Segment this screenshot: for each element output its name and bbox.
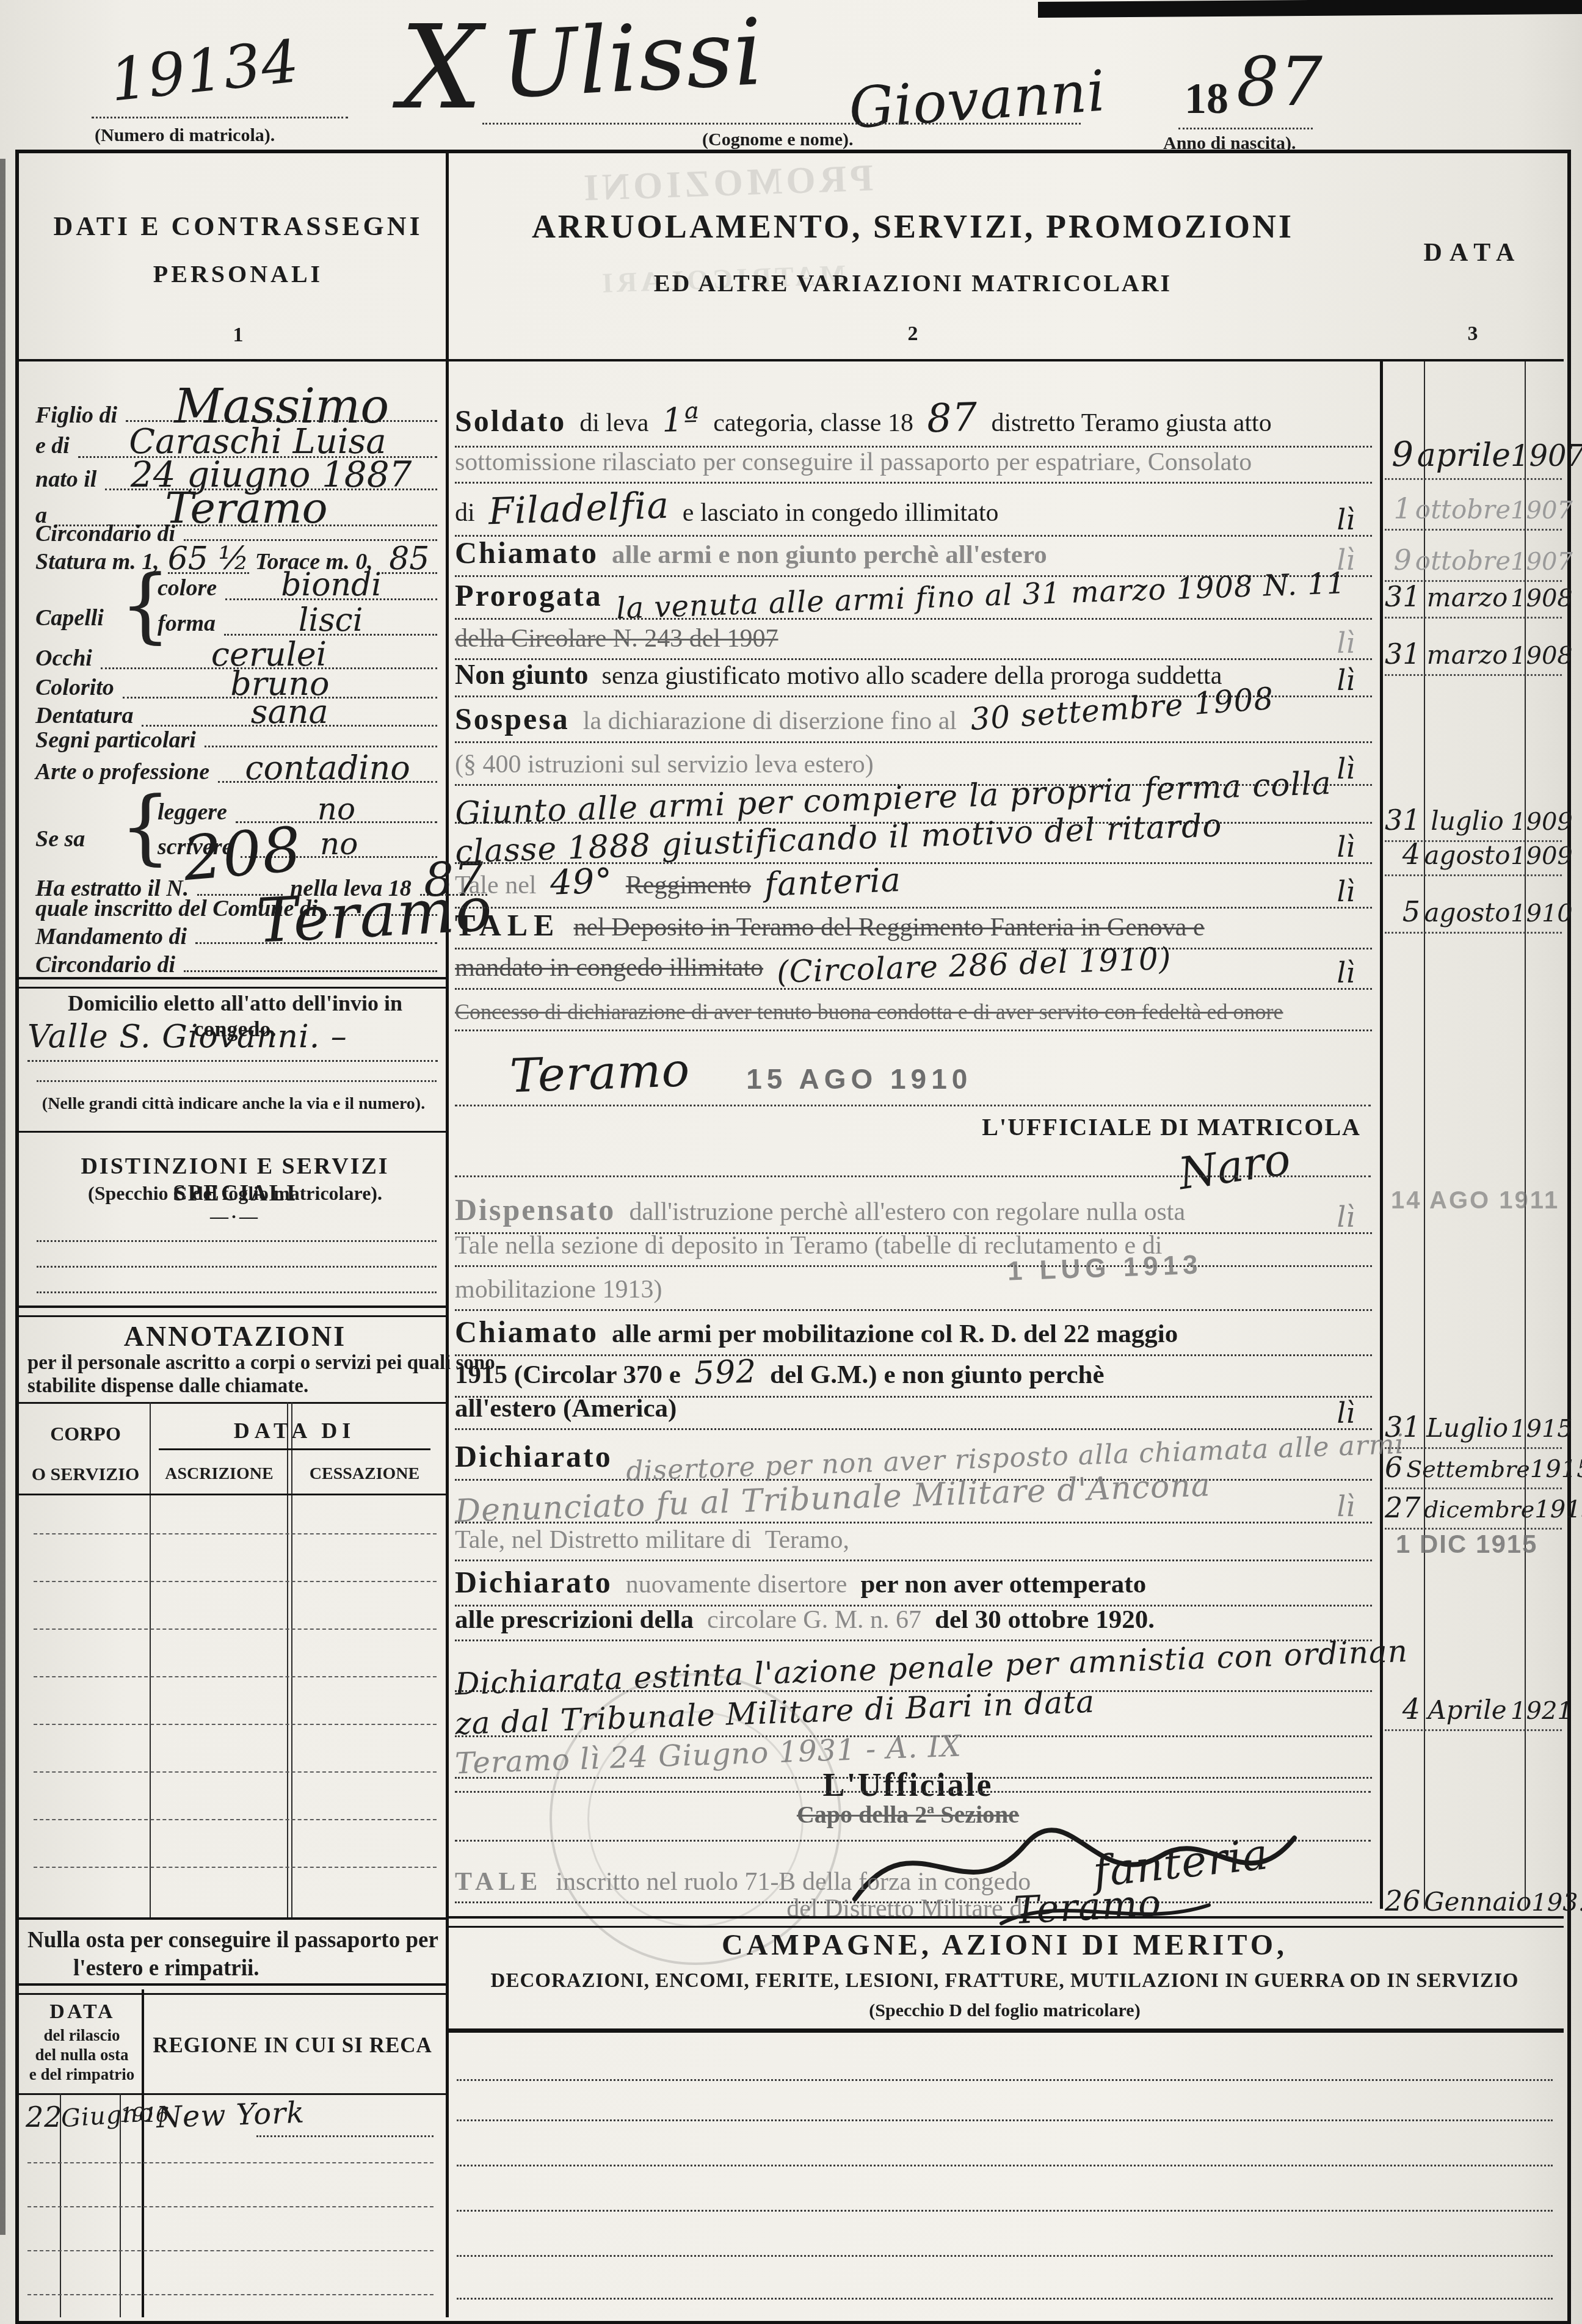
date-entry: 4 agosto 1909: [1385, 838, 1562, 876]
nullaosta-data-sub2: del nulla osta: [22, 2046, 142, 2064]
printed-text: mobilitazione 1913): [455, 1276, 662, 1304]
field-label: Figlio di: [35, 402, 126, 429]
printed-text: di leva: [579, 409, 648, 437]
field-dentatura: Dentatura sana: [35, 699, 437, 729]
date-column-number: 3: [1381, 322, 1564, 346]
date-month: Luglio: [1424, 1413, 1511, 1443]
handwritten-li: lì: [1337, 1490, 1355, 1523]
field-label: Occhi: [35, 645, 101, 672]
nullaosta-row-region: New York: [156, 2096, 305, 2135]
campagne-title: CAMPAGNE, AZIONI DI MERITO,: [446, 1928, 1564, 1962]
scan-edge-top: [1038, 0, 1582, 18]
date-day: 5: [1385, 895, 1424, 928]
center-column-title2: ED ALTRE VARIAZIONI MATRICOLARI: [455, 269, 1371, 297]
date-day: 6: [1385, 1451, 1406, 1484]
printed-text: Non giunto: [455, 659, 589, 690]
date-entry: 5 agosto 1910: [1385, 895, 1562, 934]
printed-text: Chiamato: [455, 1315, 598, 1349]
nullaosta-title1: Nulla osta per conseguire il passaporto …: [27, 1927, 443, 1953]
printed-text: Dichiarato: [455, 1439, 612, 1473]
nullaosta-data-header: DATA: [24, 2000, 140, 2024]
date-year: 1908: [1511, 584, 1562, 612]
entry-chiamato-1915-line2: 1915 (Circolar 370 e 592 del G.M.) e non…: [455, 1354, 1372, 1398]
date-entry: 31 marzo 1908: [1385, 580, 1562, 619]
printed-text: 1915 (Circolar 370 e: [455, 1360, 681, 1389]
rule: [19, 1494, 446, 1495]
table-header-ascrizione: ASCRIZIONE: [153, 1464, 286, 1484]
handwritten-li: lì: [1337, 1200, 1355, 1233]
annotazioni-text1: per il personale ascritto a corpi o serv…: [27, 1352, 443, 1374]
date-year: 1915: [1530, 1455, 1581, 1483]
date-month: Aprile: [1424, 1695, 1511, 1725]
annotazioni-title: ANNOTAZIONI: [31, 1320, 440, 1353]
domicilio-note: (Nelle grandi città indicare anche la vi…: [27, 1094, 440, 1114]
birth-year-hand: 87: [1236, 43, 1323, 121]
printed-text: L'UFFICIALE DI MATRICOLA: [982, 1113, 1361, 1141]
handwritten-text: Filadelfia: [488, 484, 670, 533]
handwritten-li: lì: [1337, 503, 1355, 536]
field-capelli-forma: forma lisci: [158, 608, 437, 637]
printed-text: (§ 400 istruzioni sul servizio leva este…: [455, 750, 874, 779]
scanned-military-record: PROMOZIONI MATRICOLARI 19134 (Numero di …: [0, 0, 1582, 2324]
left-column-title2: PERSONALI: [37, 260, 440, 288]
printed-text: nel Deposito in Teramo del Reggimento Fa…: [573, 913, 1204, 942]
entry-prorogata-line2: della Circolare N. 243 del 1907 lì: [455, 624, 1372, 660]
date-entry: 31 Luglio 1915: [1385, 1411, 1562, 1449]
printed-text: mandato in congedo illimitato: [455, 954, 763, 982]
field-circondario2: Circondario di: [35, 951, 437, 978]
printed-text: Chiamato: [455, 536, 598, 570]
date-entry: 27 dicembre 1915: [1385, 1491, 1562, 1530]
printed-text: del 30 ottobre 1920.: [935, 1605, 1155, 1634]
date-month: luglio: [1424, 806, 1511, 836]
date-year: 1910: [1511, 899, 1562, 928]
rule: [19, 1917, 446, 1920]
entry-dispensato: Dispensato dall'istruzione perchè all'es…: [455, 1192, 1372, 1234]
date-year: 1909: [1511, 808, 1562, 836]
entry-denunciato-tribunale: Denunciato fu al Tribunale Militare d'An…: [455, 1480, 1372, 1523]
handwritten-li: lì: [1337, 664, 1355, 697]
handwritten-li: lì: [1337, 956, 1355, 989]
field-value: [205, 746, 437, 747]
handwritten-text: (Circolare 286 del 1910): [776, 941, 1172, 990]
entry-tale-distretto: Tale, nel Distretto militare di Teramo,: [455, 1525, 1372, 1561]
date-stamp: 15 AGO 1910: [746, 1063, 972, 1095]
date-year: 193.: [1531, 1889, 1582, 1917]
date-year: 1907: [1511, 548, 1562, 576]
printed-text: della Circolare N. 243 del 1907: [455, 625, 778, 653]
field-label: Mandamento di: [35, 923, 195, 950]
cross-mark: X: [400, 0, 483, 135]
printed-text: Dichiarato: [455, 1565, 612, 1599]
handwritten-text: 1ª: [661, 400, 700, 440]
entry-tale-deposito-line2: mandato in congedo illimitato (Circolare…: [455, 948, 1372, 990]
date-entry: 4 Aprile 1921: [1385, 1693, 1562, 1731]
birth-year-printed: 18: [1185, 73, 1228, 124]
date-day: 31: [1385, 580, 1424, 613]
printed-text: TALE: [455, 908, 560, 942]
date-entry: 9 aprile 1907: [1385, 435, 1562, 480]
field-capelli-label: Capelli: [35, 605, 112, 631]
field-label: e di: [35, 432, 78, 459]
field-value: 65 ½: [168, 547, 249, 574]
domicilio-value: Valle S. Giovanni. –: [27, 1019, 438, 1062]
printed-text: categoria, classe 18: [713, 409, 913, 437]
date-day: 31: [1385, 804, 1424, 837]
rule: [142, 1989, 144, 2317]
annotazioni-text2: stabilite dispense dalle chiamate.: [27, 1375, 443, 1398]
field-value: [184, 970, 437, 972]
printed-text: dall'istruzione perchè all'estero con re…: [629, 1198, 1185, 1226]
field-value: sana: [142, 699, 437, 727]
campagne-subtitle: DECORAZIONI, ENCOMI, FERITE, LESIONI, FR…: [446, 1970, 1564, 1992]
ornament: —·—: [31, 1207, 440, 1227]
date-day: 9: [1385, 543, 1415, 576]
handwritten-text: 87: [926, 395, 979, 442]
date-month: agosto: [1424, 840, 1511, 870]
rule: [19, 2093, 446, 2095]
field-label: Segni particolari: [35, 727, 205, 753]
nullaosta-row-day: 22: [26, 2101, 63, 2133]
rule: [287, 1402, 288, 1917]
date-year: 1907: [1511, 439, 1562, 473]
entry-soldato-line3: di Filadelfia e lasciato in congedo illi…: [455, 487, 1372, 537]
printed-text: inscritto nel ruolo 71-B della forza in …: [556, 1868, 1031, 1896]
date-day: 9: [1385, 435, 1417, 474]
printed-text: e lasciato in congedo illimitato: [683, 499, 999, 527]
printed-text: distretto Teramo giusta atto: [991, 409, 1271, 437]
date-month: ottobre: [1415, 495, 1511, 525]
field-value: contadino: [218, 755, 437, 783]
entry-amnistia-line1: Dichiarata estinta l'azione penale per a…: [455, 1650, 1372, 1692]
printed-text: Prorogata: [455, 578, 603, 612]
entry-dichiarato-nuovamente-line2: alle prescrizioni della circolare G. M. …: [455, 1605, 1372, 1641]
field-value: 85: [382, 547, 437, 574]
date-day: 4: [1385, 838, 1424, 871]
name-label: (Cognome e nome).: [702, 129, 853, 150]
left-column-title: DATI E CONTRASSEGNI: [37, 211, 440, 242]
handwritten-li: lì: [1337, 1396, 1355, 1429]
entry-giunto-line1: Giunto alle armi per compiere la propria…: [455, 780, 1372, 824]
entry-giunto-line2: classe 1888 giustificando il motivo del …: [455, 821, 1372, 864]
field-colorito: Colorito bruno: [35, 670, 437, 701]
field-value: biondi: [225, 573, 437, 600]
printed-text: alle armi per mobilitazione col R. D. de…: [612, 1320, 1178, 1348]
field-sesa-label: Se sa: [35, 826, 93, 852]
printed-text: all'estero (America): [455, 1394, 677, 1423]
printed-text: per non aver ottemperato: [860, 1570, 1146, 1599]
field-label: Circondario di: [35, 951, 184, 978]
entry-soldato-line2: sottomissione rilasciato per conseguire …: [455, 448, 1372, 484]
date-day: 26: [1385, 1884, 1424, 1917]
surname: Ulissi: [498, 0, 766, 119]
date-month: Gennaio: [1424, 1887, 1531, 1917]
printed-text: alle prescrizioni della: [455, 1605, 694, 1634]
printed-text: L'Ufficiale: [823, 1767, 993, 1803]
printed-text: TALE: [455, 1868, 542, 1896]
entry-prorogata-line1: Prorogata la venuta alle armi fino al 31…: [455, 578, 1372, 620]
campagne-note: (Specchio D del foglio matricolare): [446, 2000, 1564, 2021]
printed-text: Concesso di dichiarazione di aver tenuto…: [455, 1000, 1283, 1024]
date-entry-pencil: 9 ottobre 1907: [1385, 543, 1562, 582]
nullaosta-regione-header: REGIONE IN CUI SI RECA: [147, 2033, 438, 2058]
date-entry: 26 Gennaio 193.: [1385, 1884, 1562, 1921]
printed-text: Reggimento: [626, 871, 751, 899]
distinzioni-subtitle: (Specchio C del foglio matricolare).: [31, 1182, 440, 1205]
field-label: nato il: [35, 466, 105, 493]
table-header-data-di: DATA DI: [153, 1418, 437, 1443]
field-label: forma: [158, 610, 224, 637]
date-month: ottobre: [1415, 546, 1511, 576]
rule: [19, 1305, 446, 1317]
rule: [291, 1402, 292, 1917]
rule: [19, 977, 446, 989]
date-month: agosto: [1424, 898, 1511, 928]
date-month: marzo: [1424, 640, 1511, 670]
field-arte-professione: Arte o professione contadino: [35, 755, 437, 785]
table-header-cessazione: CESSAZIONE: [294, 1464, 435, 1484]
rule: [15, 359, 1564, 361]
printed-text: del G.M.) e non giunto perchè: [770, 1360, 1104, 1389]
entry-chiamato-1915-line3: all'estero (America) lì: [455, 1393, 1372, 1430]
entry-tale-deposito-line1: TALE nel Deposito in Teramo del Reggimen…: [455, 907, 1372, 950]
date-day: 31: [1385, 637, 1424, 670]
table-header-servizio: O SERVIZIO: [24, 1464, 147, 1485]
handwritten-li: lì: [1337, 875, 1355, 908]
field-label: Colorito: [35, 674, 123, 701]
matricola-label: (Numero di matricola).: [95, 125, 275, 146]
printed-text: Teramo,: [765, 1526, 849, 1554]
printed-text: Soldato: [455, 404, 566, 438]
table-header-corpo: CORPO: [24, 1423, 147, 1445]
center-column-title: ARRUOLAMENTO, SERVIZI, PROMOZIONI: [455, 208, 1371, 245]
entry-teramo-congedo: Teramo 15 AGO 1910: [455, 1045, 1372, 1100]
entry-ufficiale-sezione1: L'Ufficiale: [455, 1766, 1372, 1804]
entry-concesso-stamped: Concesso di dichiarazione di aver tenuto…: [455, 999, 1372, 1031]
date-day: 31: [1385, 1411, 1424, 1443]
handwritten-text: fanteria: [764, 860, 902, 904]
handwritten-li: lì: [1337, 626, 1355, 659]
date-year: 1921: [1511, 1697, 1562, 1725]
date-month: Settembre: [1406, 1456, 1530, 1483]
nullaosta-data-sub3: e del rimpatrio: [22, 2065, 142, 2084]
field-label: Circondario di: [35, 520, 184, 547]
entry-tale-reggimento: Tale nel 49° Reggimento fanteria lì: [455, 862, 1372, 909]
handwritten-text: 49°: [549, 861, 612, 903]
date-column-title: DATA: [1381, 238, 1564, 267]
field-capelli-colore: colore biondi: [158, 573, 437, 601]
scan-edge-left: [0, 159, 5, 2235]
rule: [159, 1448, 430, 1450]
printed-text: circolare G. M. n. 67: [707, 1606, 921, 1634]
field-label: colore: [158, 575, 225, 601]
date-month: aprile: [1417, 437, 1511, 474]
date-entry: 31 marzo 1908: [1385, 637, 1562, 676]
rule: [19, 1402, 446, 1404]
rule: [19, 1131, 446, 1133]
entry-chiamato-1915-line1: Chiamato alle armi per mobilitazione col…: [455, 1314, 1372, 1356]
nullaosta-title2: l'estero e rimpatrii.: [73, 1955, 440, 1981]
entry-dichiarato-disertore: Dichiarato disertore per non aver rispos…: [455, 1439, 1372, 1481]
date-day: 1: [1385, 492, 1415, 525]
date-stamp: 1 DIC 1915: [1396, 1530, 1537, 1559]
entry-dichiarato-nuovamente-line1: Dichiarato nuovamente disertore per non …: [455, 1564, 1372, 1607]
printed-text: Dispensato: [455, 1193, 615, 1227]
date-day: 4: [1385, 1693, 1424, 1726]
entry-soldato-line1: Soldato di leva 1ª categoria, classe 18 …: [455, 396, 1372, 448]
nullaosta-data-sub1: del rilascio: [22, 2026, 142, 2045]
printed-text: di: [455, 499, 475, 527]
entry-tale-sezione-line2: mobilitazione 1913): [455, 1275, 1372, 1311]
date-entry: 6 Settembre 1915: [1385, 1451, 1562, 1489]
date-year: 1908: [1511, 642, 1562, 670]
field-value: lisci: [224, 608, 437, 636]
handwritten-text: 592: [694, 1353, 757, 1392]
date-entry: 31 luglio 1909: [1385, 804, 1562, 842]
printed-text: la dichiarazione di diserzione fino al: [583, 707, 957, 735]
printed-text: senza giustificato motivo allo scadere d…: [602, 662, 1222, 690]
entry-tale-sezione-line1: Tale nella sezione di deposito in Teramo…: [455, 1231, 1372, 1267]
date-year: 1909: [1511, 842, 1562, 870]
printed-text: alle armi e non giunto perchè all'estero: [612, 540, 1047, 569]
printed-text: Tale, nel Distretto militare di: [455, 1526, 752, 1554]
printed-text: nuovamente disertore: [626, 1571, 847, 1599]
date-year: 1907: [1511, 496, 1562, 525]
printed-text: Sospesa: [455, 702, 570, 736]
rule: [446, 2028, 1564, 2033]
center-column-number: 2: [455, 322, 1371, 346]
printed-text: sottomissione rilasciato per conseguire …: [455, 448, 1252, 476]
date-month: dicembre: [1424, 1496, 1534, 1523]
matricola-number: 19134: [107, 27, 302, 115]
date-month: marzo: [1424, 583, 1511, 612]
entry-sospesa-line1: Sospesa la dichiarazione di diserzione f…: [455, 701, 1372, 743]
date-stamp: 14 AGO 1911: [1391, 1187, 1559, 1215]
handwritten-text: Teramo: [509, 1042, 691, 1103]
field-label: Dentatura: [35, 702, 142, 729]
date-year: 1915: [1511, 1415, 1562, 1443]
field-value: Massimo: [126, 394, 437, 422]
date-day: 27: [1385, 1491, 1424, 1524]
date-entry-pencil: 1 ottobre 1907: [1385, 492, 1562, 531]
date-year: 1915: [1534, 1495, 1582, 1523]
left-column-number: 1: [37, 324, 440, 347]
rule: [150, 1402, 151, 1917]
rule: [19, 1983, 446, 1995]
first-name: Giovanni: [847, 58, 1108, 141]
handwritten-li: lì: [1337, 830, 1355, 863]
printed-text: Tale nel: [455, 871, 537, 899]
